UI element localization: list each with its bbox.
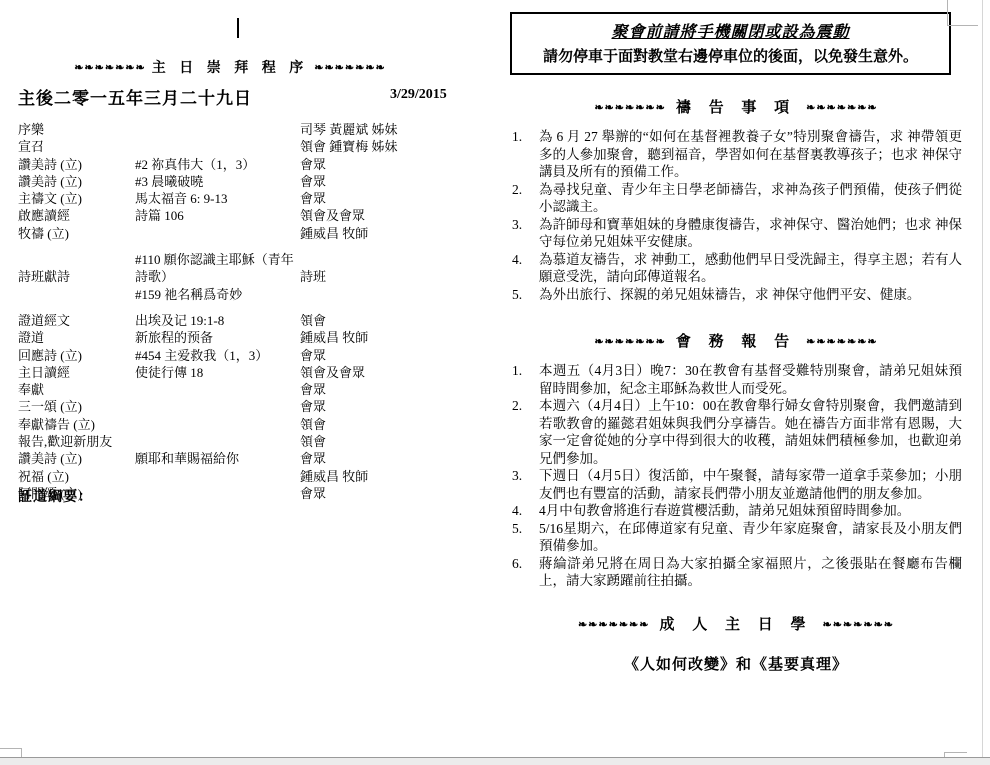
report-section-title: ❧❧❧❧❧❧❧會 務 報 告❧❧❧❧❧❧❧ [510,330,962,351]
program-item-leader: 會眾 [300,156,480,173]
right-column: 聚會前請將手機關閉或設為震動 請勿停車于面對教堂右邊停車位的後面，以免發生意外。… [510,12,962,674]
prayer-item-text: 為許師母和寶華姐妹的身體康復禱告，求神保守、醫治她們；也求 神保守每位弟兄姐妹平… [539,216,962,251]
program-item-content [135,381,300,398]
program-item-leader: 鍾威昌 牧師 [300,468,480,485]
program-item-leader: 領會 [300,433,480,450]
prayer-items-list: 1. 為 6 月 27 舉辦的“如何在基督裡教養子女”特別聚會禱告，求 神帶領更… [510,128,962,303]
program-row: 證道經文 出埃及记 19:1-8 領會 [18,312,480,329]
program-row: 宣召 領會 鍾寶梅 姊妹 [18,138,480,155]
report-item: 3. 下週日（4月5日）復活節，中午聚餐，請每家帶一道拿手菜參加；小朋友們也有豐… [510,467,962,502]
program-row: 序樂 司琴 黃麗斌 姊妹 [18,121,480,138]
program-row: 主禱文 (立) 馬太福音 6: 9-13 會眾 [18,190,480,207]
program-row: 奉獻 會眾 [18,381,480,398]
program-item-leader: 司琴 黃麗斌 姊妹 [300,121,480,138]
word-document-page: { "ornaments": { "left": "❧❧❧❧❧❧❧", "rig… [0,0,990,765]
page-bottom-edge [0,757,990,765]
program-item-leader: 領會 鍾寶梅 姊妹 [300,138,480,155]
program-row: 祝福 (立) 鍾威昌 牧師 [18,468,480,485]
report-item-number: 6. [510,555,539,590]
program-row: 主日讀經 使徒行傳 18 領會及會眾 [18,364,480,381]
program-item-content [135,433,300,450]
report-item-number: 2. [510,397,539,467]
notice-box: 聚會前請將手機關閉或設為震動 請勿停車于面對教堂右邊停車位的後面，以免發生意外。 [510,12,951,75]
report-item-text: 本週五（4月3日）晚7：30在教會有基督受難特別聚會，請弟兄姐妹預留時間參加，紀… [539,362,962,397]
worship-title-text: 主 日 崇 拜 程 序 [152,61,309,76]
report-item-number: 5. [510,520,539,555]
program-item-label: 讚美詩 (立) [18,156,135,173]
report-item-text: 下週日（4月5日）復活節，中午聚餐，請每家帶一道拿手菜參加；小朋友們也有豐富的活… [539,467,962,502]
prayer-item: 2. 為尋找兒童、青少年主日學老師禱告，求神為孩子們預備，使孩子們從小認識主。 [510,181,962,216]
text-boundary-mark-top-right [947,0,978,26]
program-item-label: 宣召 [18,138,135,155]
report-item-text: 4月中旬教會將進行春遊賞櫻活動，請弟兄姐妹預留時間參加。 [539,502,962,520]
program-item-leader: 鍾威昌 牧師 [300,225,480,242]
program-item-leader: 鍾威昌 牧師 [300,329,480,346]
prayer-item-number: 3. [510,216,539,251]
report-title-text: 會 務 報 告 [676,334,796,350]
program-item-leader: 會眾 [300,190,480,207]
report-item-text: 本週六（4月4日）上午10：00在教會舉行婦女會特別聚會，我們邀請到若歌教會的羅… [539,397,962,467]
scroll-ornament-icon: ❧❧❧❧❧❧❧ [578,619,650,631]
report-item: 6. 蔣綸滸弟兄將在周日為大家拍攝全家福照片，之後張貼在餐廳布告欄上，請大家踴躍… [510,555,962,590]
program-item-content [135,138,300,155]
program-item-label: 三一頌 (立) [18,398,135,415]
sunday-school-title-text: 成 人 主 日 學 [659,617,812,633]
prayer-item-text: 為尋找兒童、青少年主日學老師禱告，求神為孩子們預備，使孩子們從小認識主。 [539,181,962,216]
program-item-leader: 詩班 [300,268,480,285]
program-item-content: 詩篇 106 [135,207,300,224]
program-item-label: 主禱文 (立) [18,190,135,207]
scroll-ornament-icon: ❧❧❧❧❧❧❧ [314,62,386,74]
program-item-content [135,468,300,485]
prayer-item-number: 5. [510,286,539,304]
program-item-label: 奉獻 [18,381,135,398]
program-item-label: 讚美詩 (立) [18,173,135,190]
report-item: 2. 本週六（4月4日）上午10：00在教會舉行婦女會特別聚會，我們邀請到若歌教… [510,397,962,467]
program-item-content [135,485,300,502]
prayer-item-number: 1. [510,128,539,181]
program-item-content: #3 晨曦破曉 [135,173,300,190]
text-cursor[interactable] [237,18,239,38]
program-item-label: 證道 [18,329,135,346]
program-item-content [135,225,300,242]
program-item-label: 回應詩 (立) [18,347,135,364]
worship-program-table: 序樂 司琴 黃麗斌 姊妹 宣召 領會 鍾寶梅 姊妹 讚美詩 (立) #2 祢真伟… [18,121,480,502]
program-item-leader: 會眾 [300,450,480,467]
program-item-label: 報告,歡迎新朋友 [18,433,135,450]
sunday-school-content: 《人如何改變》和《基要真理》 [510,653,962,674]
report-item-number: 1. [510,362,539,397]
program-item-leader: 會眾 [300,381,480,398]
scroll-ornament-icon: ❧❧❧❧❧❧❧ [806,102,878,114]
report-item-text: 5/16星期六，在邱傳道家有兒童、青少年家庭聚會，請家長及小朋友們預備參加。 [539,520,962,555]
scroll-ornament-icon: ❧❧❧❧❧❧❧ [823,619,895,631]
report-items-list: 1. 本週五（4月3日）晚7：30在教會有基督受難特別聚會，請弟兄姐妹預留時間參… [510,362,962,590]
program-item-content: 願耶和華賜福給你 [135,450,300,467]
report-item-number: 4. [510,502,539,520]
program-item-label: 奉獻禱告 (立) [18,416,135,433]
program-row: 牧禱 (立) 鍾威昌 牧師 [18,225,480,242]
program-row: 讚美詩 (立) #3 晨曦破曉 會眾 [18,173,480,190]
notice-phone-line: 聚會前請將手機關閉或設為震動 [520,19,941,42]
prayer-section-title: ❧❧❧❧❧❧❧禱 告 事 項❧❧❧❧❧❧❧ [510,96,962,117]
date-western: 3/29/2015 [390,87,447,103]
program-item-label: 詩班獻詩 [18,268,135,285]
program-item-label: 序樂 [18,121,135,138]
program-item-leader: 會眾 [300,398,480,415]
program-item-content: #110 願你認識主耶穌（青年詩歌）#159 祂名稱爲奇妙 [135,251,300,303]
program-item-label: 啟應讀經 [18,207,135,224]
report-item-number: 3. [510,467,539,502]
prayer-item-text: 為慕道友禱告，求 神動工，感動他們早日受洗歸主，得享主恩；若有人願意受洗，請向邱… [539,251,962,286]
program-item-content: #454 主爱救我（1，3） [135,347,300,364]
program-item-content: 新旅程的预备 [135,329,300,346]
report-item-text: 蔣綸滸弟兄將在周日為大家拍攝全家福照片，之後張貼在餐廳布告欄上，請大家踴躍前往拍… [539,555,962,590]
scroll-ornament-icon: ❧❧❧❧❧❧❧ [594,336,666,348]
notice-parking-line: 請勿停車于面對教堂右邊停車位的後面，以免發生意外。 [520,45,941,66]
program-item-leader: 領會及會眾 [300,364,480,381]
page-right-edge [982,0,983,757]
program-row: 讚美詩 (立) 願耶和華賜福給你 會眾 [18,450,480,467]
program-row: 報告,歡迎新朋友 領會 [18,433,480,450]
program-item-content: 馬太福音 6: 9-13 [135,190,300,207]
prayer-item-text: 為 6 月 27 舉辦的“如何在基督裡教養子女”特別聚會禱告，求 神帶領更多的人… [539,128,962,181]
program-item-content: 使徒行傳 18 [135,364,300,381]
scroll-ornament-icon: ❧❧❧❧❧❧❧ [806,336,878,348]
prayer-item: 5. 為外出旅行、探親的弟兄姐妹禱告，求 神保守他們平安、健康。 [510,286,962,304]
program-item-leader: 會眾 [300,347,480,364]
date-chinese: 主後二零一五年三月二十九日 [18,89,252,108]
program-item-content: #2 祢真伟大（1，3） [135,156,300,173]
program-row: 詩班獻詩 #110 願你認識主耶穌（青年詩歌）#159 祂名稱爲奇妙 詩班 [18,251,480,303]
program-item-leader: 會眾 [300,173,480,190]
scroll-ornament-icon: ❧❧❧❧❧❧❧ [74,62,146,74]
program-item-content: 出埃及记 19:1-8 [135,312,300,329]
report-item: 4. 4月中旬教會將進行春遊賞櫻活動，請弟兄姐妹預留時間參加。 [510,502,962,520]
program-row: 奉獻禱告 (立) 領會 [18,416,480,433]
prayer-item: 4. 為慕道友禱告，求 神動工，感動他們早日受洗歸主，得享主恩；若有人願意受洗，… [510,251,962,286]
prayer-item-text: 為外出旅行、探親的弟兄姐妹禱告，求 神保守他們平安、健康。 [539,286,962,304]
program-item-content [135,121,300,138]
report-item: 5. 5/16星期六，在邱傳道家有兒童、青少年家庭聚會，請家長及小朋友們預備參加… [510,520,962,555]
prayer-item-number: 4. [510,251,539,286]
scroll-ornament-icon: ❧❧❧❧❧❧❧ [594,102,666,114]
program-item-label: 祝福 (立) [18,468,135,485]
program-item-leader: 領會 [300,312,480,329]
report-item: 1. 本週五（4月3日）晚7：30在教會有基督受難特別聚會，請弟兄姐妹預留時間參… [510,362,962,397]
prayer-title-text: 禱 告 事 項 [676,100,796,116]
worship-program-title: ❧❧❧❧❧❧❧主 日 崇 拜 程 序❧❧❧❧❧❧❧ [10,57,450,77]
program-item-label: 證道經文 [18,312,135,329]
program-row: 讚美詩 (立) #2 祢真伟大（1，3） 會眾 [18,156,480,173]
date-row: 主後二零一五年三月二十九日 3/29/2015 [18,84,478,106]
program-row: 啟應讀經 詩篇 106 領會及會眾 [18,207,480,224]
program-item-content [135,398,300,415]
program-item-label: 主日讀經 [18,364,135,381]
prayer-item: 1. 為 6 月 27 舉辦的“如何在基督裡教養子女”特別聚會禱告，求 神帶領更… [510,128,962,181]
sermon-outline-label: 証道綱要： [18,486,93,506]
program-item-leader: 領會及會眾 [300,207,480,224]
program-item-label: 讚美詩 (立) [18,450,135,467]
program-item-leader: 領會 [300,416,480,433]
sunday-school-section-title: ❧❧❧❧❧❧❧成 人 主 日 學❧❧❧❧❧❧❧ [510,613,962,634]
program-row: 回應詩 (立) #454 主爱救我（1，3） 會眾 [18,347,480,364]
program-row: 證道 新旅程的预备 鍾威昌 牧師 [18,329,480,346]
program-row: 三一頌 (立) 會眾 [18,398,480,415]
program-item-leader: 會眾 [300,485,480,502]
prayer-item: 3. 為許師母和寶華姐妹的身體康復禱告，求神保守、醫治她們；也求 神保守每位弟兄… [510,216,962,251]
program-item-label: 牧禱 (立) [18,225,135,242]
prayer-item-number: 2. [510,181,539,216]
program-item-content [135,416,300,433]
